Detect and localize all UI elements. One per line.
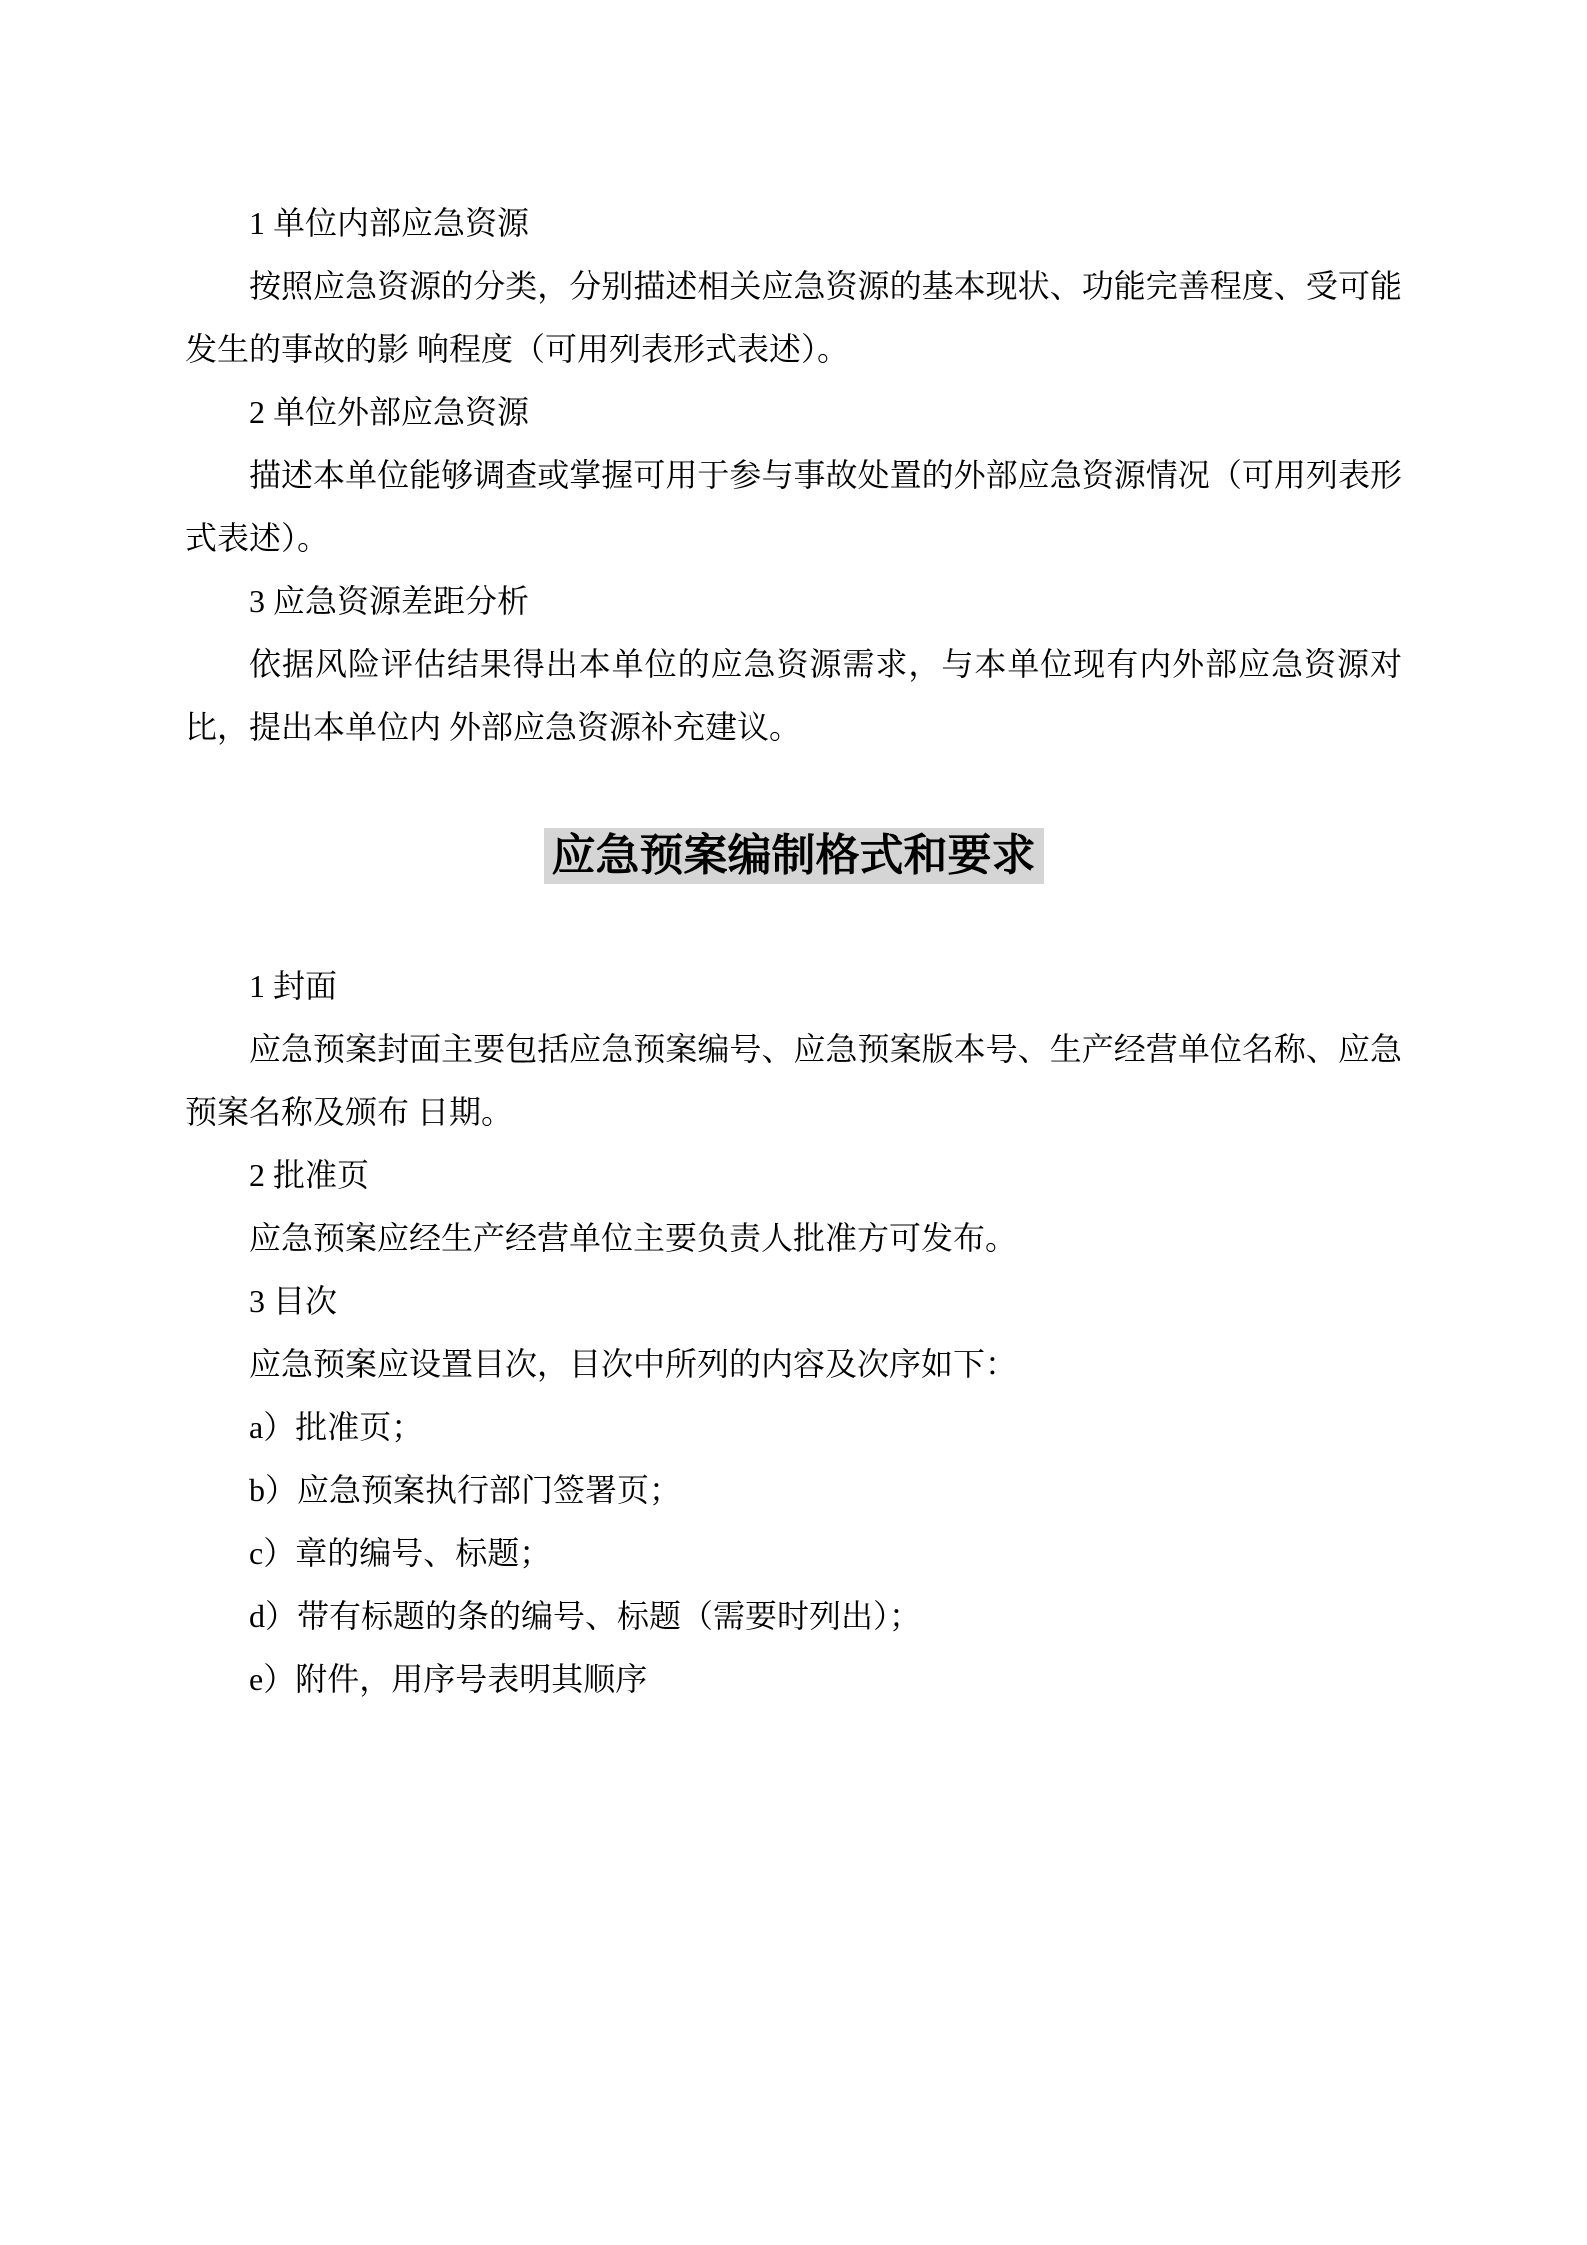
paragraph-line: 应急预案应经生产经营单位主要负责人批准方可发布。 (185, 1207, 1402, 1270)
paragraph-line: 依据风险评估结果得出本单位的应急资源需求，与本单位现有内外部应急资源对 (185, 633, 1402, 696)
paragraph-line: 预案名称及颁布 日期。 (185, 1081, 1402, 1144)
paragraph-line: 比，提出本单位内 外部应急资源补充建议。 (185, 696, 1402, 759)
paragraph-line: 描述本单位能够调查或掌握可用于参与事故处置的外部应急资源情况（可用列表形 (185, 444, 1402, 507)
document-content: 1 单位内部应急资源 按照应急资源的分类，分别描述相关应急资源的基本现状、功能完… (0, 0, 1587, 1711)
list-item: d）带有标题的条的编号、标题（需要时列出）； (185, 1585, 1402, 1648)
format-requirements-section: 1 封面 应急预案封面主要包括应急预案编号、应急预案版本号、生产经营单位名称、应… (185, 955, 1402, 1711)
paragraph-line: 式表述）。 (185, 507, 1402, 570)
list-item: b）应急预案执行部门签署页； (185, 1459, 1402, 1522)
list-item: a）批准页； (185, 1396, 1402, 1459)
chapter-title-highlight: 应急预案编制格式和要求 (544, 828, 1044, 884)
paragraph-line: 发生的事故的影 响程度（可用列表形式表述）。 (185, 318, 1402, 381)
section-heading: 2 批准页 (185, 1144, 1402, 1207)
chapter-title: 应急预案编制格式和要求 (185, 828, 1402, 884)
section-heading: 3 应急资源差距分析 (185, 570, 1402, 633)
list-item: c）章的编号、标题； (185, 1522, 1402, 1585)
paragraph-line: 应急预案应设置目次，目次中所列的内容及次序如下： (185, 1333, 1402, 1396)
section-heading: 1 单位内部应急资源 (185, 192, 1402, 255)
section-heading: 3 目次 (185, 1270, 1402, 1333)
paragraph-line: 按照应急资源的分类，分别描述相关应急资源的基本现状、功能完善程度、受可能 (185, 255, 1402, 318)
list-item: e）附件，用序号表明其顺序 (185, 1648, 1402, 1711)
section-heading: 1 封面 (185, 955, 1402, 1018)
paragraph-line: 应急预案封面主要包括应急预案编号、应急预案版本号、生产经营单位名称、应急 (185, 1018, 1402, 1081)
document-page: 1 单位内部应急资源 按照应急资源的分类，分别描述相关应急资源的基本现状、功能完… (0, 0, 1587, 2245)
section-heading: 2 单位外部应急资源 (185, 381, 1402, 444)
